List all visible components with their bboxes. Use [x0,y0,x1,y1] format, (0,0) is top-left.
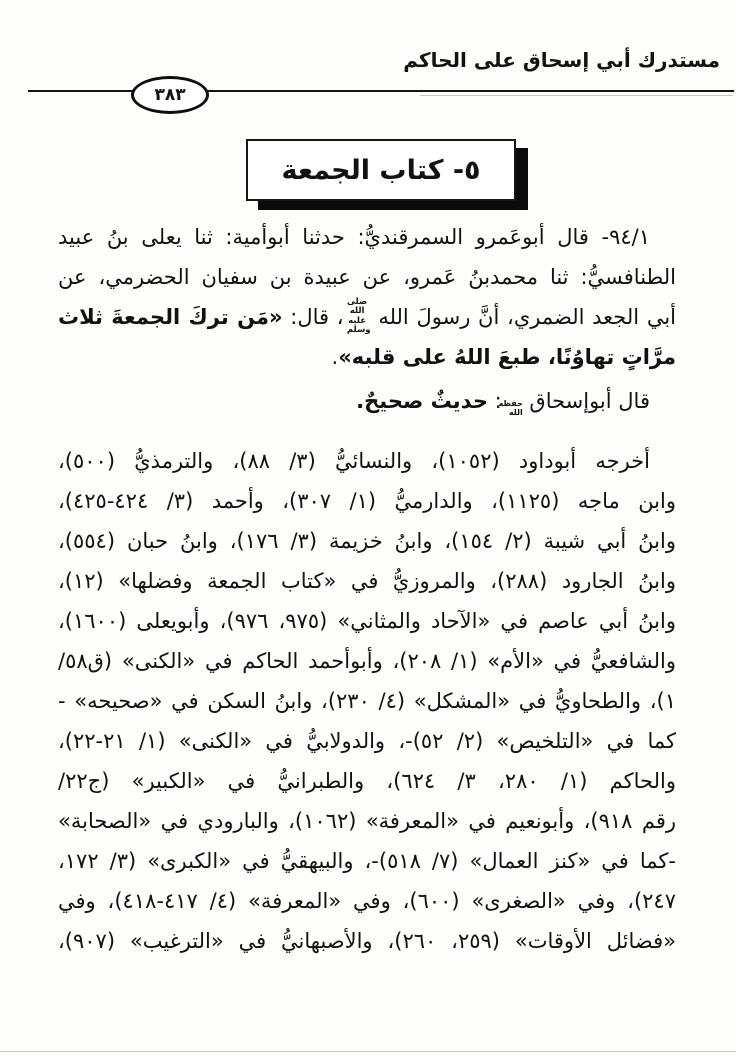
takhrij-line: «فضائل الأوقات» (٢٥٩، ٢٦٠)، والأصبهانيُّ… [58,921,676,961]
hadith-line: ٩٤/١- قال أبوعَمرو السمرقنديُّ: حدثنا أب… [58,217,676,257]
takhrij-line: وابنُ الجارود (٢٨٨)، والمروزيُّ في «كتاب… [58,561,676,601]
header-rule-echo [420,95,733,96]
salla-allahu-alayhi-wa-sallam-mark: صلى الله عليه وسلم [344,298,371,335]
section-title: ٥- كتاب الجمعة [281,155,480,186]
takhrij-line: وابنُ أبي عاصم في «الآحاد والمثاني» (٩٧٥… [58,601,676,641]
takhrij-line: -كما في «كنز العمال» (٧/ ٥١٨)-، والبيهقي… [58,841,676,881]
hadith-text: أبي الجعد الضمري، أنَّ رسولَ الله [371,305,676,329]
hadith-matn-bold: «مَن تركَ الجمعةَ ثلاث [58,305,283,329]
takhrij-line: وابن ماجه (١١٢٥)، والدارميُّ (١/ ٣٠٧)، و… [58,481,676,521]
book-page: مستدرك أبي إسحاق على الحاكم ٣٨٣ ٥- كتاب … [0,0,736,1058]
page-number-badge: ٣٨٣ [131,76,209,114]
grading-line: قال أبوإسحاق حفظه الله: حديثٌ صحيحٌ. [58,381,676,421]
page-number: ٣٨٣ [154,85,185,105]
takhrij-line: أخرجه أبوداود (١٠٥٢)، والنسائيُّ (٣/ ٨٨)… [58,441,676,481]
page-bottom-edge [0,1051,736,1052]
hadith-line: الطنافسيُّ: ثنا محمدبنُ عَمرو، عن عبيدة … [58,257,676,297]
grading-paragraph: قال أبوإسحاق حفظه الله: حديثٌ صحيحٌ. [58,381,676,421]
takhrij-line: والشافعيُّ في «الأم» (١/ ٢٠٨)، وأبوأحمد … [58,641,676,681]
hadith-line: مرَّاتٍ تهاوُنًا، طبعَ اللهُ على قلبه». [58,337,676,377]
grading-verdict: حديثٌ صحيحٌ. [356,389,488,413]
takhrij-line: ٢٤٧)، وفي «الصغرى» (٦٠٠)، وفي «المعرفة» … [58,881,676,921]
grading-text: قال أبوإسحاق [523,389,650,413]
takhrij-line: كما في «التلخيص» (٢/ ٥٢)-، والدولابيُّ ف… [58,721,676,761]
hadith-paragraph: ٩٤/١- قال أبوعَمرو السمرقنديُّ: حدثنا أب… [58,217,676,377]
hadith-matn-bold: مرَّاتٍ تهاوُنًا، طبعَ اللهُ على قلبه» [338,345,676,369]
hadith-line: أبي الجعد الضمري، أنَّ رسولَ الله صلى ال… [58,297,676,337]
takhrij-line: وابنُ أبي شيبة (٢/ ١٥٤)، وابنُ خزيمة (٣/… [58,521,676,561]
takhrij-line: ١)، والطحاويُّ في «المشكل» (٤/ ٢٣٠)، واب… [58,681,676,721]
takhrij-line: رقم ٩١٨)، وأبونعيم في «المعرفة» (١٠٦٢)، … [58,801,676,841]
takhrij-line: والحاكم (١/ ٢٨٠، ٣/ ٦٢٤)، والطبرانيُّ في… [58,761,676,801]
running-head-title: مستدرك أبي إسحاق على الحاكم [403,48,720,72]
takhrij-paragraph: أخرجه أبوداود (١٠٥٢)، والنسائيُّ (٣/ ٨٨)… [58,441,676,961]
section-title-box: ٥- كتاب الجمعة [246,139,516,201]
hadith-text: ، قال: [283,305,344,329]
honorific-mark: حفظه الله [502,400,523,418]
